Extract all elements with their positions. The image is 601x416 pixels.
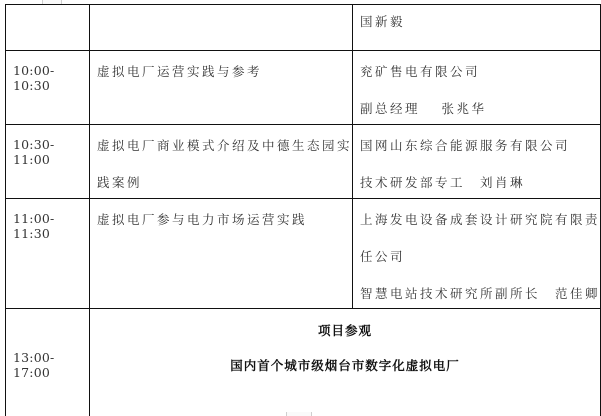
table-row: 10:00-10:30 虚拟电厂运营实践与参考 兖矿售电有限公司 副总经理 张兆…	[6, 51, 601, 125]
speaker-cell: 上海发电设备成套设计研究院有限责 任公司 智慧电站技术研究所副所长 范佳卿	[352, 199, 600, 309]
topic-line: 践案例	[97, 174, 352, 198]
topic-cell: 虚拟电厂运营实践与参考	[89, 51, 352, 125]
speaker-organization: 上海发电设备成套设计研究院有限责	[360, 211, 600, 248]
speaker-line: 国新毅	[360, 13, 600, 50]
topic-line: 虚拟电厂商业模式介绍及中德生态园实	[97, 137, 352, 174]
visit-cell: 项目参观 国内首个城市级烟台市数字化虚拟电厂	[89, 309, 600, 416]
speaker-cell: 国新毅	[352, 5, 600, 51]
table-row: 10:30-11:00 虚拟电厂商业模式介绍及中德生态园实 践案例 国网山东综合…	[6, 125, 601, 199]
speaker-organization: 国网山东综合能源服务有限公司	[360, 137, 600, 174]
speaker-name-title: 技术研发部专工 刘肖琳	[360, 174, 600, 198]
speaker-organization: 兖矿售电有限公司	[360, 63, 600, 100]
topic-cell: 虚拟电厂商业模式介绍及中德生态园实 践案例	[89, 125, 352, 199]
speaker-name-title: 副总经理 张兆华	[360, 100, 600, 124]
topic-cell	[89, 5, 352, 51]
agenda-table: 国新毅 10:00-10:30 虚拟电厂运营实践与参考 兖矿售电有限公司 副总经…	[5, 4, 601, 416]
time-cell: 10:30-11:00	[6, 125, 90, 199]
table-row: 11:00-11:30 虚拟电厂参与电力市场运营实践 上海发电设备成套设计研究院…	[6, 199, 601, 309]
topic-cell: 虚拟电厂参与电力市场运营实践	[89, 199, 352, 309]
visit-title: 项目参观	[90, 309, 600, 339]
time-cell: 10:00-10:30	[6, 51, 90, 125]
time-cell	[6, 5, 90, 51]
speaker-organization-cont: 任公司	[360, 248, 600, 285]
speaker-name-title: 智慧电站技术研究所副所长 范佳卿	[360, 285, 600, 307]
speaker-cell: 国网山东综合能源服务有限公司 技术研发部专工 刘肖琳	[352, 125, 600, 199]
table-row: 国新毅	[6, 5, 601, 51]
visit-row: 13:00-17:00 项目参观 国内首个城市级烟台市数字化虚拟电厂	[6, 309, 601, 416]
topic-line: 虚拟电厂运营实践与参考	[97, 63, 352, 100]
visit-subtitle: 国内首个城市级烟台市数字化虚拟电厂	[90, 339, 600, 374]
time-cell: 13:00-17:00	[6, 309, 90, 416]
topic-line: 虚拟电厂参与电力市场运营实践	[97, 211, 352, 248]
speaker-cell: 兖矿售电有限公司 副总经理 张兆华	[352, 51, 600, 125]
time-cell: 11:00-11:30	[6, 199, 90, 309]
